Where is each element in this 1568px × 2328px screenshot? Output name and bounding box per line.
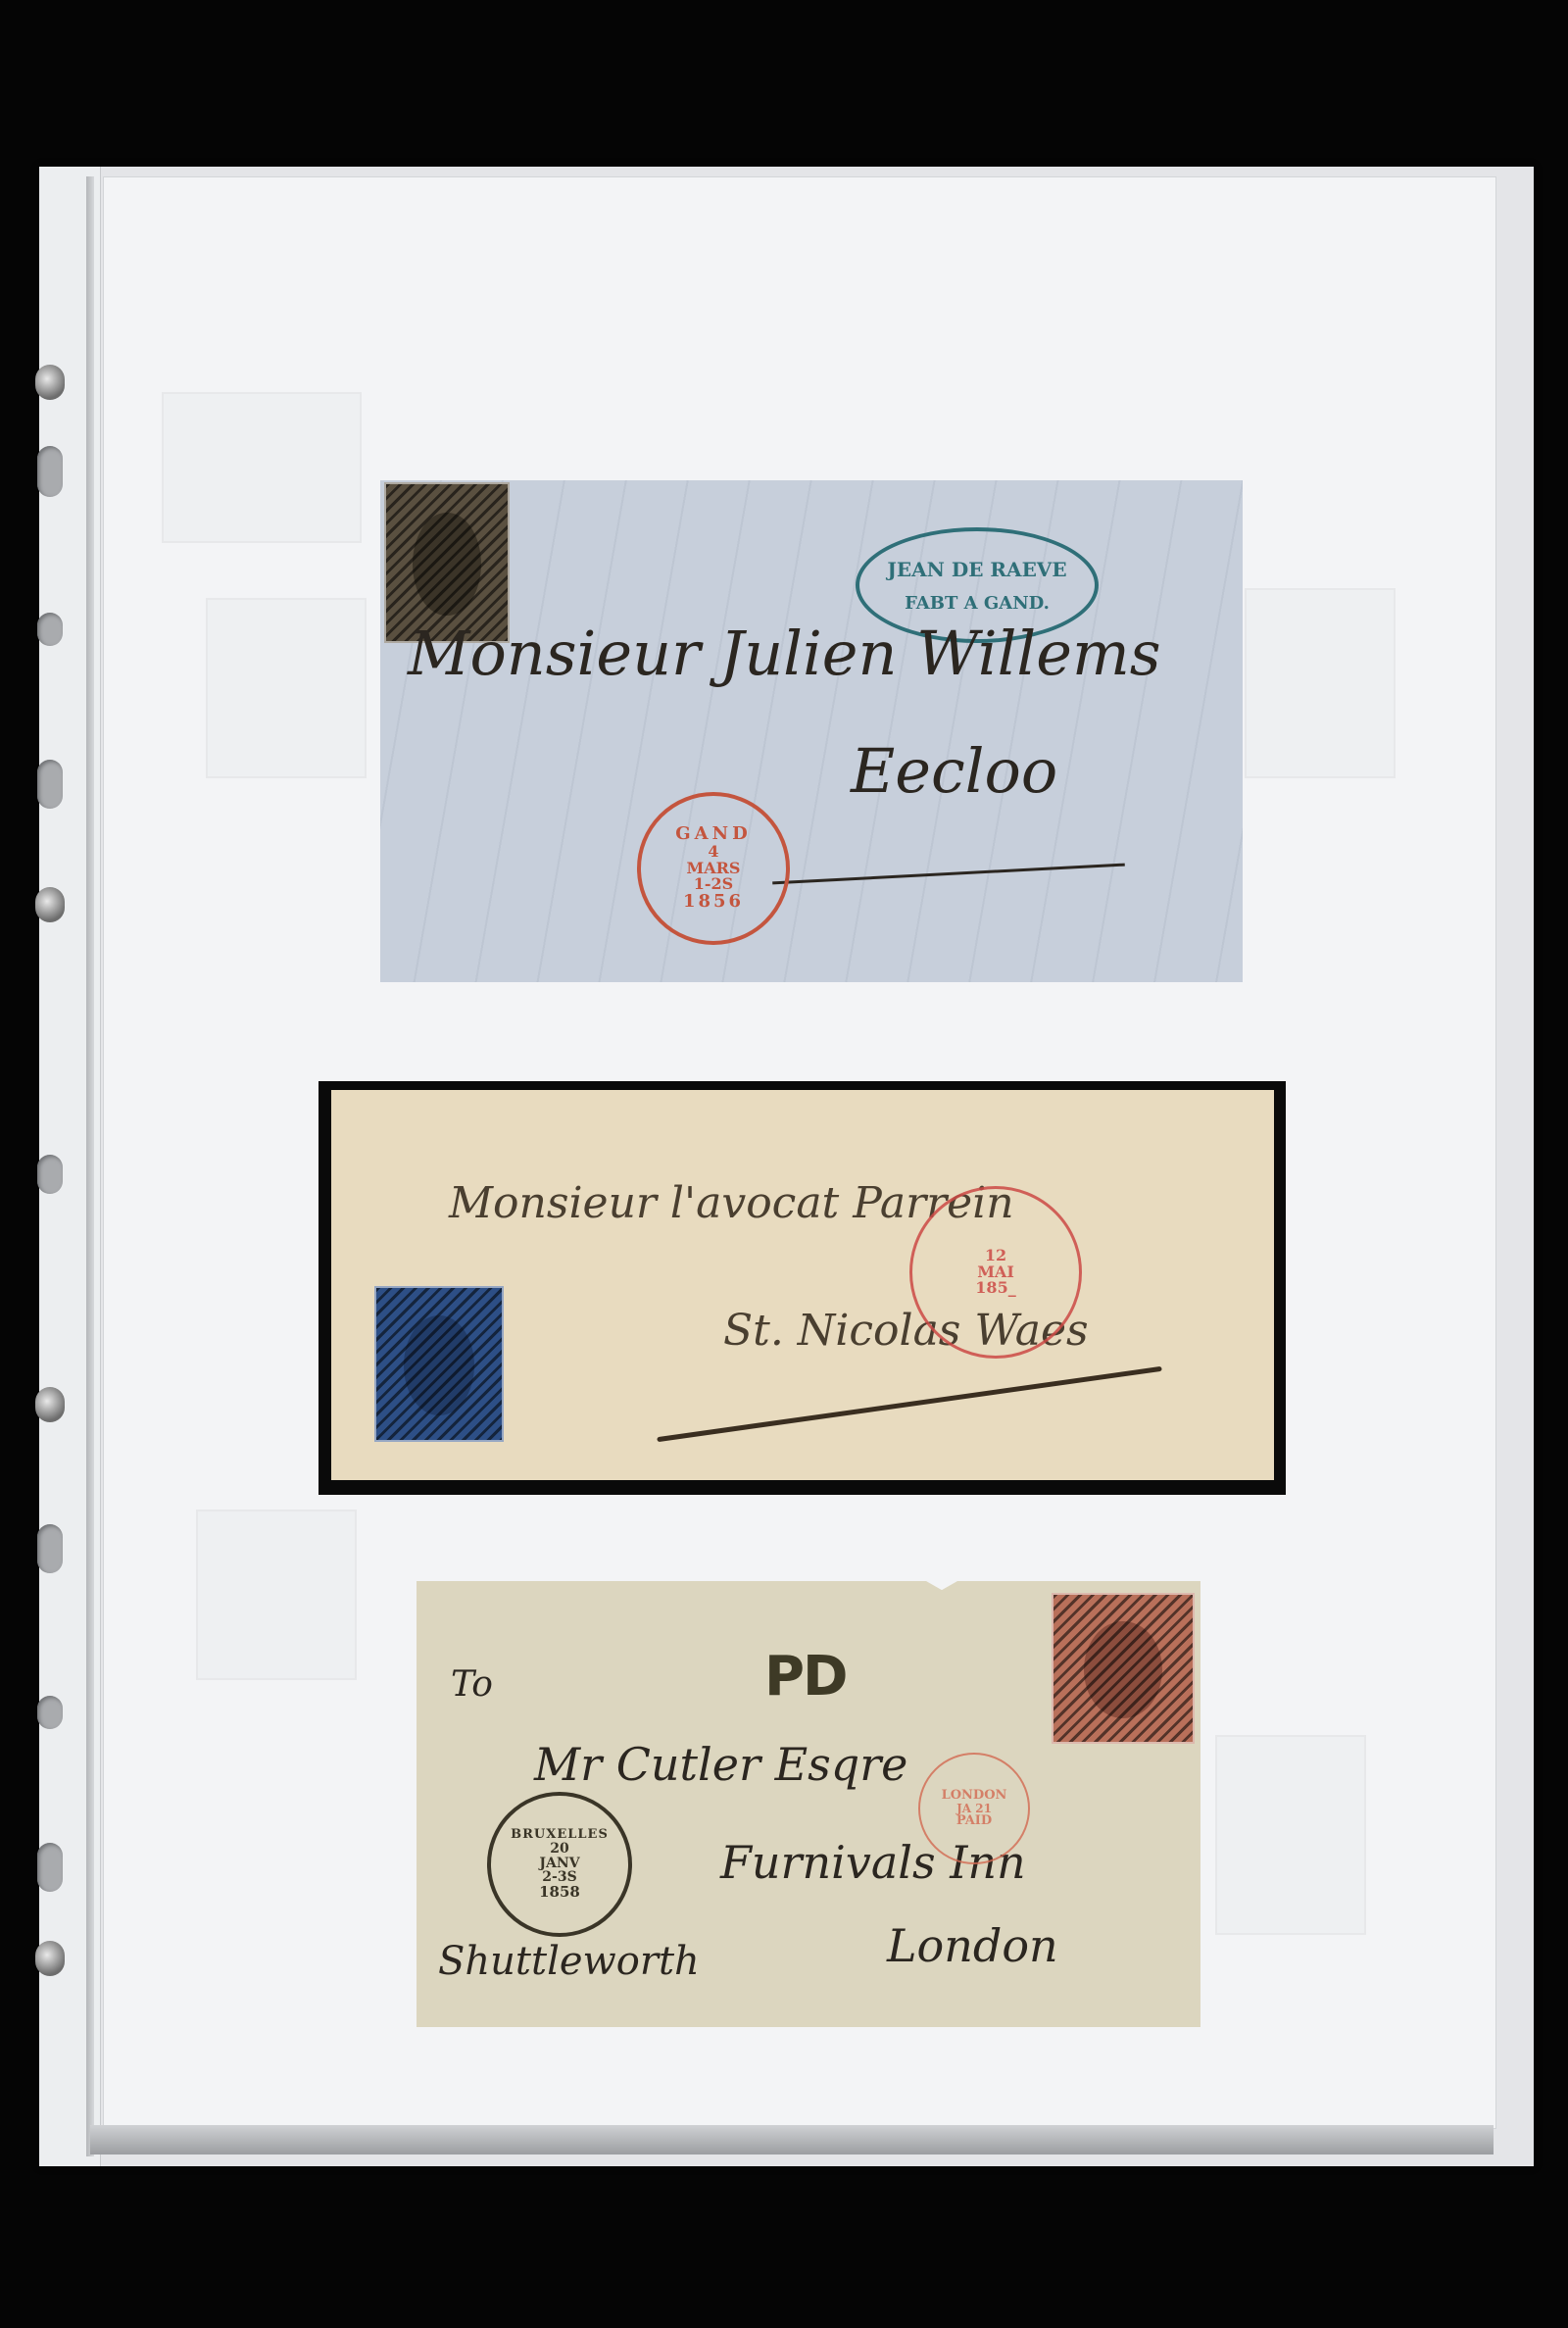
postmark-day: 20 <box>550 1842 568 1857</box>
binder-ring <box>35 887 65 922</box>
cover-bottom: PD To Mr Cutler Esqre Furnivals Inn Lond… <box>416 1581 1200 2027</box>
cover-middle: Monsieur l'avocat Parrein St. Nicolas Wa… <box>331 1090 1274 1480</box>
punch-hole <box>37 1843 63 1892</box>
address-line: Eecloo <box>851 735 1057 807</box>
ghost-mount <box>1245 588 1396 778</box>
flourish-line <box>657 1366 1162 1442</box>
pd-handstamp: PD <box>764 1645 847 1709</box>
gand-postmark: GAND 4 MARS 1-2S 1856 <box>637 792 790 945</box>
punch-hole <box>37 760 63 809</box>
ghost-mount <box>162 392 362 543</box>
cachet-line1: JEAN DE RAEVE <box>887 558 1066 581</box>
stamp-portrait <box>413 513 480 617</box>
binder-ring <box>35 1387 65 1422</box>
ghost-mount <box>196 1510 357 1680</box>
stamp-portrait <box>404 1315 474 1415</box>
address-line: Mr Cutler Esqre <box>534 1738 907 1791</box>
cover-top: JEAN DE RAEVE FABT A GAND. Monsieur Juli… <box>380 480 1243 982</box>
bruxelles-postmark: BRUXELLES 20 JANV 2-3S 1858 <box>487 1792 632 1937</box>
punch-hole <box>37 1696 63 1729</box>
stamp-blue <box>374 1286 504 1442</box>
postmark-month: JANV <box>539 1857 579 1871</box>
ghost-mount <box>1215 1735 1366 1935</box>
london-paid-mark: LONDON JA 21 PAID <box>918 1753 1030 1864</box>
address-line: Monsieur Julien Willems <box>408 618 1161 689</box>
punch-hole <box>37 1524 63 1573</box>
postmark-town: BRUXELLES <box>511 1828 609 1842</box>
binder-ring <box>35 365 65 400</box>
sleeve-bottom-edge <box>90 2125 1494 2155</box>
punch-hole <box>37 1155 63 1194</box>
address-line: London <box>887 1919 1058 1972</box>
stamp-portrait <box>1084 1621 1162 1718</box>
punch-hole <box>37 446 63 497</box>
sleeve-gutter <box>86 176 94 2156</box>
london-mark-line: PAID <box>956 1814 992 1828</box>
stamp-red <box>1052 1593 1195 1744</box>
ghost-mount <box>206 598 367 778</box>
postmark-town: GAND <box>675 825 751 844</box>
binder-ring <box>35 1941 65 1976</box>
signature: Shuttleworth <box>438 1939 700 1984</box>
red-postmark: 12 MAI 185_ <box>909 1186 1082 1359</box>
address-line: To <box>451 1664 493 1705</box>
postmark-year: 185_ <box>975 1280 1015 1297</box>
flourish-line <box>772 864 1125 885</box>
london-mark-line: LONDON <box>942 1789 1007 1803</box>
postmark-year: 1858 <box>539 1885 580 1901</box>
punch-hole <box>37 613 63 646</box>
postmark-year: 1856 <box>683 893 744 912</box>
cachet-line2: FABT A GAND. <box>905 593 1050 614</box>
